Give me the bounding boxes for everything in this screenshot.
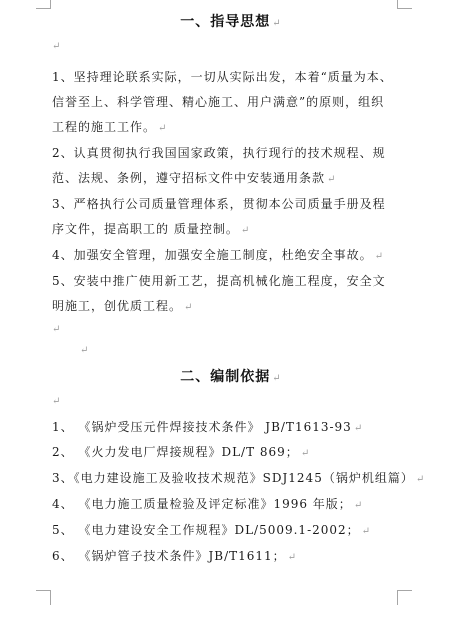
empty-paragraph-mark-icon: ↵ (52, 392, 60, 412)
heading-text: 二、编制依据 (180, 369, 270, 385)
reference-text: 4、 《电力施工质量检验及评定标准》1996 年版； (52, 497, 352, 511)
crop-mark-top-left (36, 0, 51, 9)
reference-item-5: 5、 《电力建设安全工作规程》DL/5009.1-2002；↵ (52, 520, 370, 540)
line-text: 序文件，提高职工的 质量控制。 (52, 222, 239, 236)
section-heading-guiding-thought: 一、指导思想↵ (0, 12, 451, 32)
line-text: 工程的施工工作。 (52, 120, 156, 134)
reference-text: 1、 《锅炉受压元件焊接技术条件》 JB/T1613-93 (52, 420, 352, 434)
line-text: 范、法规、条例，遵守招标文件中安装通用条款 (52, 171, 325, 185)
reference-item-4: 4、 《电力施工质量检验及评定标准》1996 年版；↵ (52, 494, 362, 514)
paragraph-4-line-1: 4、加强安全管理，加强安全施工制度，杜绝安全事故。↵ (52, 245, 383, 265)
paragraph-3-line-1: 3、严格执行公司质量管理体系，贯彻本公司质量手册及程 (52, 194, 386, 214)
paragraph-mark-icon: ↵ (158, 123, 166, 134)
paragraph-mark-icon: ↵ (272, 18, 280, 29)
reference-item-1: 1、 《锅炉受压元件焊接技术条件》 JB/T1613-93↵ (52, 417, 362, 437)
paragraph-mark-icon: ↵ (362, 526, 370, 537)
reference-text: 5、 《电力建设安全工作规程》DL/5009.1-2002； (52, 523, 360, 537)
paragraph-mark-icon: ↵ (416, 474, 424, 485)
paragraph-2-line-2: 范、法规、条例，遵守招标文件中安装通用条款↵ (52, 168, 335, 188)
reference-item-2: 2、 《火力发电厂焊接规程》DL/T 869；↵ (52, 442, 309, 462)
crop-mark-top-right (397, 0, 412, 9)
paragraph-5-line-2: 明施工，创优质工程。↵ (52, 296, 192, 316)
paragraph-mark-icon: ↵ (288, 552, 296, 563)
paragraph-2-line-1: 2、认真贯彻执行我国国家政策，执行现行的技术规程、规 (52, 143, 386, 163)
paragraph-5-line-1: 5、安装中推广使用新工艺，提高机械化施工程度，安全文 (52, 271, 386, 291)
reference-text: 2、 《火力发电厂焊接规程》DL/T 869； (52, 445, 299, 459)
crop-mark-bottom-right (397, 590, 412, 605)
paragraph-mark-icon: ↵ (241, 225, 249, 236)
line-text: 4、加强安全管理，加强安全施工制度，杜绝安全事故。 (52, 248, 373, 262)
paragraph-mark-icon: ↵ (272, 373, 280, 384)
indented-empty-paragraph-mark-icon: ↵ (80, 341, 88, 361)
paragraph-mark-icon: ↵ (375, 251, 383, 262)
reference-text: 3、《电力建设施工及验收技术规范》SDJ1245（锅炉机组篇） (52, 471, 414, 485)
reference-item-6: 6、 《锅炉管子技术条件》JB/T1611；↵ (52, 546, 296, 566)
crop-mark-bottom-left (36, 590, 51, 605)
paragraph-mark-icon: ↵ (301, 448, 309, 459)
paragraph-3-line-2: 序文件，提高职工的 质量控制。↵ (52, 219, 249, 239)
section-heading-compilation-basis: 二、编制依据↵ (0, 367, 451, 387)
empty-paragraph-mark-icon: ↵ (52, 320, 60, 340)
paragraph-mark-icon: ↵ (354, 423, 362, 434)
reference-item-3: 3、《电力建设施工及验收技术规范》SDJ1245（锅炉机组篇）↵ (52, 468, 424, 488)
reference-text: 6、 《锅炉管子技术条件》JB/T1611； (52, 549, 286, 563)
empty-paragraph-mark-icon: ↵ (52, 37, 60, 57)
paragraph-1-line-3: 工程的施工工作。↵ (52, 117, 166, 137)
line-text: 明施工，创优质工程。 (52, 299, 182, 313)
paragraph-mark-icon: ↵ (327, 174, 335, 185)
heading-text: 一、指导思想 (180, 14, 270, 30)
paragraph-1-line-1: 1、坚持理论联系实际，一切从实际出发，本着“质量为本、 (52, 67, 393, 87)
paragraph-mark-icon: ↵ (354, 500, 362, 511)
paragraph-1-line-2: 信誉至上、科学管理、精心施工、用户满意”的原则，组织 (52, 92, 384, 112)
paragraph-mark-icon: ↵ (184, 302, 192, 313)
